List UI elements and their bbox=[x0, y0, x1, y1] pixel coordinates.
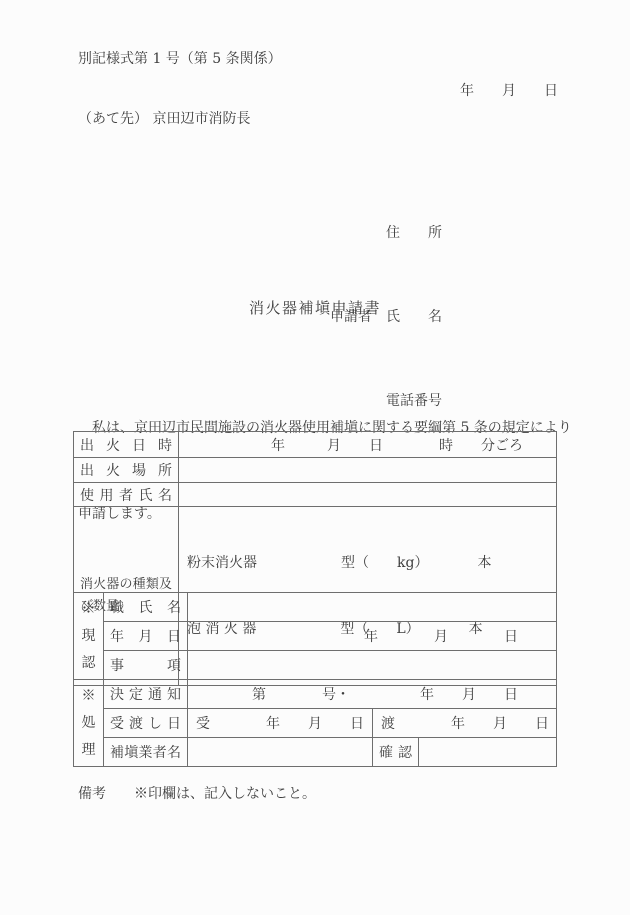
decision-notice-value: 第 号・ 年 月 日 bbox=[188, 680, 557, 709]
date-line: 年 月 日 bbox=[460, 80, 558, 100]
official-name-value bbox=[188, 593, 557, 622]
applicant-address-label: 住 所 bbox=[330, 219, 442, 247]
document-title: 消火器補塡申請書 bbox=[0, 297, 630, 318]
confirm-value bbox=[419, 738, 557, 767]
table-row: ※処理 決定通知 第 号・ 年 月 日 bbox=[74, 680, 557, 709]
user-name-value bbox=[179, 483, 557, 507]
table-row: 事項 bbox=[74, 651, 557, 680]
official-name-label: 職氏名 bbox=[104, 593, 188, 622]
document-page: 別記様式第 1 号（第 5 条関係） 年 月 日 （あて先） 京田辺市消防長 住… bbox=[0, 0, 630, 915]
processing-side-label: ※処理 bbox=[74, 680, 104, 767]
form-number: 別記様式第 1 号（第 5 条関係） bbox=[78, 48, 282, 68]
table-row: 使用者氏名 bbox=[74, 483, 557, 507]
office-use-table: ※現認 職氏名 年月日 年 月 日 事項 ※処理 決定通知 第 号・ 年 月 日… bbox=[73, 592, 557, 767]
fire-datetime-value: 年 月 日 時 分ごろ bbox=[179, 432, 557, 458]
table-row: 出火場所 bbox=[74, 458, 557, 483]
table-row: 補塡業者名 確認 bbox=[74, 738, 557, 767]
table-row: 年月日 年 月 日 bbox=[74, 622, 557, 651]
decision-notice-label: 決定通知 bbox=[104, 680, 188, 709]
fire-datetime-label: 出火日時 bbox=[74, 432, 179, 458]
table-row: ※現認 職氏名 bbox=[74, 593, 557, 622]
user-name-label: 使用者氏名 bbox=[74, 483, 179, 507]
powder-extinguisher-line: 粉末消火器 型（ kg） 本 bbox=[187, 552, 548, 574]
table-row: 出火日時 年 月 日 時 分ごろ bbox=[74, 432, 557, 458]
deliver-date-value: 渡 年 月 日 bbox=[373, 709, 557, 738]
handover-date-label: 受渡し日 bbox=[104, 709, 188, 738]
confirm-label: 確認 bbox=[373, 738, 419, 767]
matters-value bbox=[188, 651, 557, 680]
addressee-line: （あて先） 京田辺市消防長 bbox=[78, 108, 250, 128]
matters-label: 事項 bbox=[104, 651, 188, 680]
fire-location-label: 出火場所 bbox=[74, 458, 179, 483]
table-row: 受渡し日 受 年 月 日 渡 年 月 日 bbox=[74, 709, 557, 738]
refill-vendor-label: 補塡業者名 bbox=[104, 738, 188, 767]
remarks-note: 備考 ※印欄は、記入しないこと。 bbox=[78, 783, 316, 803]
refill-vendor-value bbox=[188, 738, 373, 767]
confirmation-date-label: 年月日 bbox=[104, 622, 188, 651]
receive-date-value: 受 年 月 日 bbox=[188, 709, 373, 738]
onsite-confirmation-side-label: ※現認 bbox=[74, 593, 104, 680]
confirmation-date-value: 年 月 日 bbox=[188, 622, 557, 651]
fire-location-value bbox=[179, 458, 557, 483]
